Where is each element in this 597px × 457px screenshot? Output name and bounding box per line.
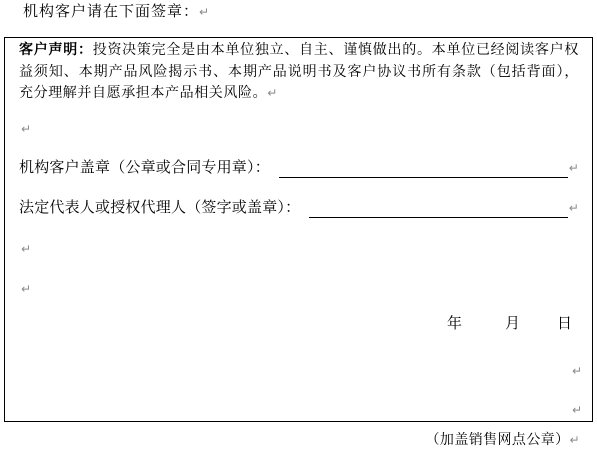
document-page: 机构客户请在下面签章：↵ 客户声明：投资决策完全是由本单位独立、自主、谨慎做出的… [0, 0, 597, 457]
footer-seal-note-text: （加盖销售网点公章） [426, 433, 570, 448]
representative-signature-label: 法定代表人或授权代理人（签字或盖章）： [19, 199, 300, 218]
declaration-label: 客户声明： [19, 43, 93, 58]
date-day-label: 日 [557, 314, 572, 334]
representative-signature-blank-field[interactable] [309, 199, 567, 218]
paragraph-mark-icon: ↵ [21, 122, 31, 136]
representative-signature-row: 法定代表人或授权代理人（签字或盖章）： ↵ [19, 199, 579, 218]
header-instruction-line: 机构客户请在下面签章：↵ [23, 3, 210, 22]
empty-paragraph: ↵ [21, 121, 31, 138]
paragraph-mark-icon: ↵ [572, 364, 582, 378]
client-declaration-paragraph: 客户声明：投资决策完全是由本单位独立、自主、谨慎做出的。本单位已经阅读客户权益须… [19, 40, 579, 105]
empty-paragraph: ↵ [21, 241, 31, 258]
declaration-box: 客户声明：投资决策完全是由本单位独立、自主、谨慎做出的。本单位已经阅读客户权益须… [4, 37, 593, 422]
empty-paragraph: ↵ [572, 403, 582, 417]
empty-paragraph: ↵ [21, 281, 31, 298]
seal-signature-row: 机构客户盖章（公章或合同专用章）： ↵ [19, 159, 579, 178]
paragraph-mark-icon: ↵ [569, 159, 579, 178]
paragraph-mark-icon: ↵ [267, 86, 278, 100]
date-month-label: 月 [505, 314, 520, 334]
footer-seal-note-line: （加盖销售网点公章）↵ [426, 431, 580, 450]
paragraph-mark-icon: ↵ [21, 282, 31, 296]
seal-signature-label: 机构客户盖章（公章或合同专用章）： [19, 159, 270, 178]
paragraph-mark-icon: ↵ [570, 433, 580, 447]
paragraph-mark-icon: ↵ [199, 5, 210, 19]
paragraph-mark-icon: ↵ [572, 403, 582, 417]
date-line: 年 月 日 [447, 314, 572, 334]
header-instruction-text: 机构客户请在下面签章： [23, 4, 199, 20]
paragraph-mark-icon: ↵ [569, 199, 579, 218]
date-year-label: 年 [447, 314, 462, 334]
paragraph-mark-icon: ↵ [21, 242, 31, 256]
empty-paragraph: ↵ [572, 364, 582, 378]
declaration-body-text: 投资决策完全是由本单位独立、自主、谨慎做出的。本单位已经阅读客户权益须知、本期产… [19, 43, 579, 101]
seal-signature-blank-field[interactable] [279, 159, 568, 178]
